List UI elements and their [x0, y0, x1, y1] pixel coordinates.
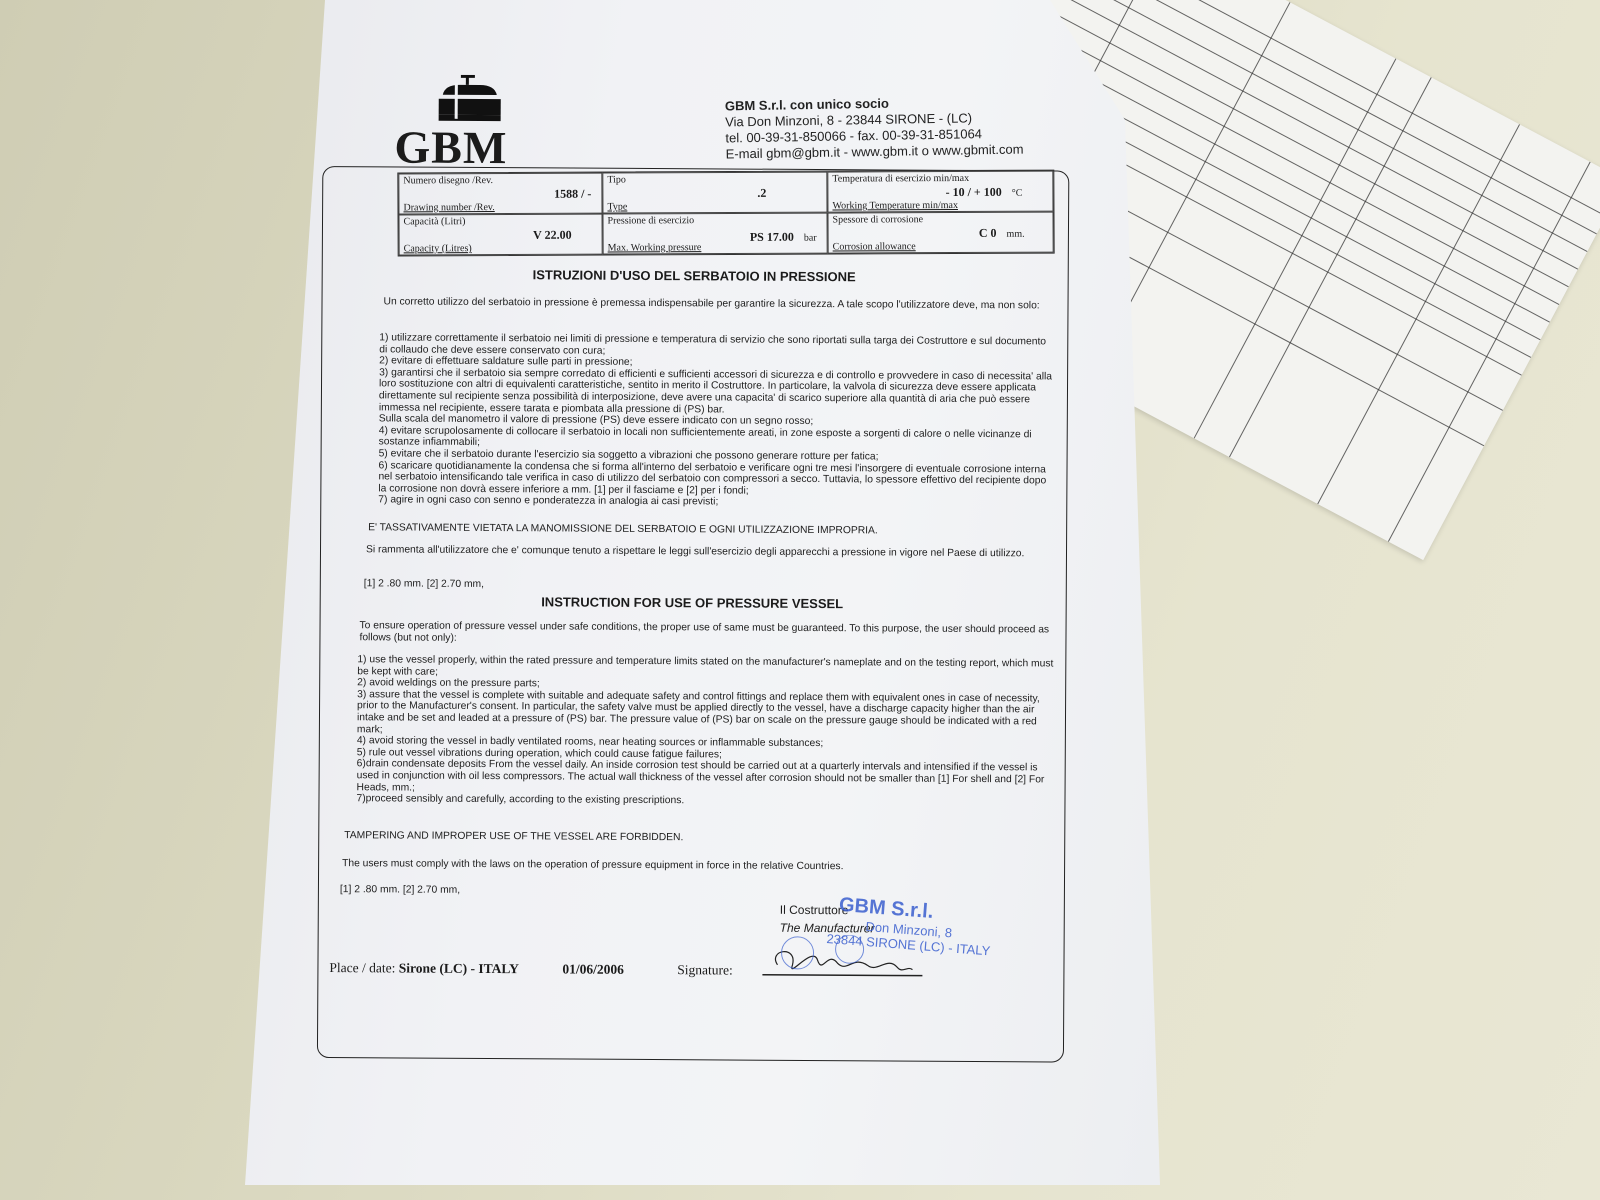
label: Corrosion allowance	[833, 241, 916, 252]
place-label: Place / date:	[329, 960, 395, 975]
handwritten-signature	[757, 935, 927, 986]
label: Working Temperature min/max	[832, 200, 958, 212]
english-footnote: [1] 2 .80 mm. [2] 2.70 mm,	[340, 884, 460, 896]
list-item: 6) scaricare quotidianamente la condensa…	[378, 460, 1053, 499]
label: Numero disegno /Rev.	[403, 175, 493, 186]
label: Temperatura di esercizio min/max	[832, 173, 969, 185]
list-item: 6)drain condensate deposits From the ves…	[357, 759, 1055, 798]
value: 1588 / -	[554, 187, 591, 202]
label: Spessore di corrosione	[833, 214, 924, 225]
label: Capacity (Litres)	[404, 243, 472, 254]
unit: °C	[1012, 188, 1023, 199]
label: Drawing number /Rev.	[403, 202, 494, 213]
italian-footnote: [1] 2 .80 mm. [2] 2.70 mm,	[364, 578, 484, 590]
pressure-tank-icon	[435, 75, 505, 123]
english-warning: TAMPERING AND IMPROPER USE OF THE VESSEL…	[344, 830, 683, 844]
spec-max-working-pressure: Pressione di esercizio PS 17.00bar Max. …	[602, 213, 827, 255]
value: .2	[757, 186, 766, 201]
company-header: GBM S.r.l. con unico socio Via Don Minzo…	[725, 94, 1024, 163]
pressure-vessel-certificate: GBM GBM S.r.l. con unico socio Via Don M…	[317, 60, 1083, 1075]
spec-working-temperature: Temperatura di esercizio min/max - 10 / …	[827, 171, 1053, 213]
spec-drawing-number: Numero disegno /Rev. 1588 / - Drawing nu…	[398, 173, 602, 215]
label: Tipo	[607, 174, 626, 185]
value: - 10 / + 100	[946, 185, 1002, 199]
signature-label: Signature:	[677, 962, 733, 977]
list-item: 3) assure that the vessel is complete wi…	[357, 689, 1055, 740]
place-date-row: Place / date: Sirone (LC) - ITALY 01/06/…	[329, 960, 732, 978]
list-item: 3) garantirsi che il serbatoio sia sempr…	[379, 367, 1054, 417]
place-value: Sirone (LC) - ITALY	[399, 960, 519, 976]
value: V 22.00	[533, 228, 572, 243]
company-logo: GBM	[394, 74, 515, 171]
value: PS 17.00	[750, 230, 794, 244]
spec-type: Tipo .2 Type	[602, 172, 827, 214]
english-intro: To ensure operation of pressure vessel u…	[359, 620, 1049, 647]
spec-table: Numero disegno /Rev. 1588 / - Drawing nu…	[397, 170, 1054, 257]
label: Max. Working pressure	[608, 242, 702, 253]
label: Pressione di esercizio	[608, 215, 695, 226]
italian-items: 1) utilizzare correttamente il serbatoio…	[378, 332, 1054, 510]
unit: bar	[804, 233, 817, 244]
company-logo-text: GBM	[394, 124, 514, 171]
label: Capacità (Litri)	[404, 216, 466, 227]
label: Type	[607, 201, 627, 212]
spec-corrosion-allowance: Spessore di corrosione C 0mm. Corrosion …	[827, 212, 1053, 254]
english-items: 1) use the vessel properly, within the r…	[356, 654, 1055, 809]
date-value: 01/06/2006	[562, 961, 624, 976]
unit: mm.	[1007, 229, 1025, 240]
spec-capacity: Capacità (Litri) V 22.00 Capacity (Litre…	[398, 214, 602, 256]
value: C 0	[979, 226, 997, 240]
